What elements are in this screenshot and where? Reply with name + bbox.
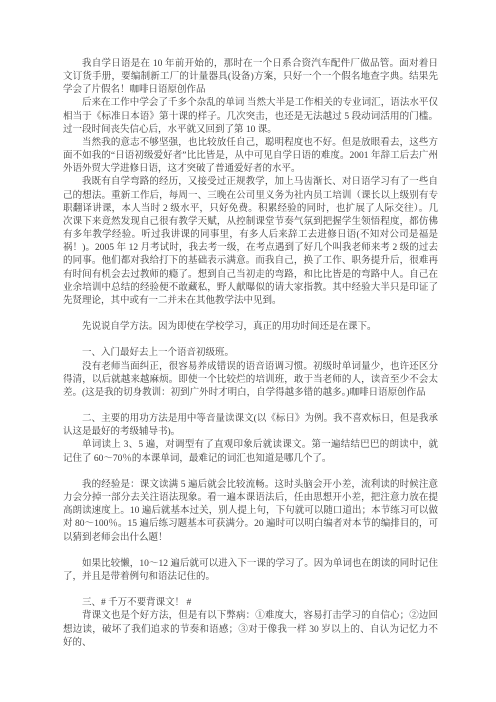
section-1-body: 没有老师当面纠正，很容易养成错误的语音语调习惯。初级时单词量少，也许还区分得清，… <box>63 361 438 400</box>
section-3-body: 背课文也是个好方法，但是有以下弊病：①难度大，容易打击学习的自信心；②边回想边读… <box>63 610 438 649</box>
paragraph-experience: 我的经验是：课文读满 5 遍后就会比较流畅。这时头脑会开小差，流利读的时候注意力… <box>63 479 438 545</box>
document-body: 我自学日语是在 10 年前开始的，那时在一个日系合资汽车配件厂做品管。面对着日文… <box>63 58 438 650</box>
section-1-heading: 一、入门最好去上一个语音初级班。 <box>63 347 438 360</box>
paragraph-teaching-story: 我既有自学弯路的经历，又接受过正规教学，加上马齿渐长、对日语学习有了一些自己的想… <box>63 176 438 308</box>
paragraph-intro-start: 我自学日语是在 10 年前开始的，那时在一个日系合资汽车配件厂做品管。面对着日文… <box>63 58 438 97</box>
section-2-heading: 二、主要的用功方法是用中等音量读课文(以《标日》为例。我不喜欢标日，但是我承认这… <box>63 413 438 439</box>
paragraph-willpower: 当然我的意志不够坚强，也比较放任自己，聪明程度也不好。但是放眼看去，这些方面不如… <box>63 137 438 176</box>
section-3-heading: 三、# 千万不要背课文！ # <box>63 597 438 610</box>
paragraph-method-intro: 先说说自学方法。因为即使在学校学习，真正的用功时间还是在课下。 <box>63 321 438 334</box>
document-page: 我自学日语是在 10 年前开始的，那时在一个日系合资汽车配件厂做品管。面对着日文… <box>0 0 496 702</box>
paragraph-work-vocab: 后来在工作中学会了千多个杂乱的单词 当然大半是工作相关的专业词汇，语法水平仅相当… <box>63 97 438 136</box>
section-2-body: 单词读上 3、5 遍，对调型有了直观印象后就读课文。第一遍结结巴巴的朗读中，就记… <box>63 439 438 465</box>
paragraph-lazy-option: 如果比较懒，10～12 遍后就可以进入下一课的学习了。因为单词也在朗读的同时记住… <box>63 558 438 584</box>
